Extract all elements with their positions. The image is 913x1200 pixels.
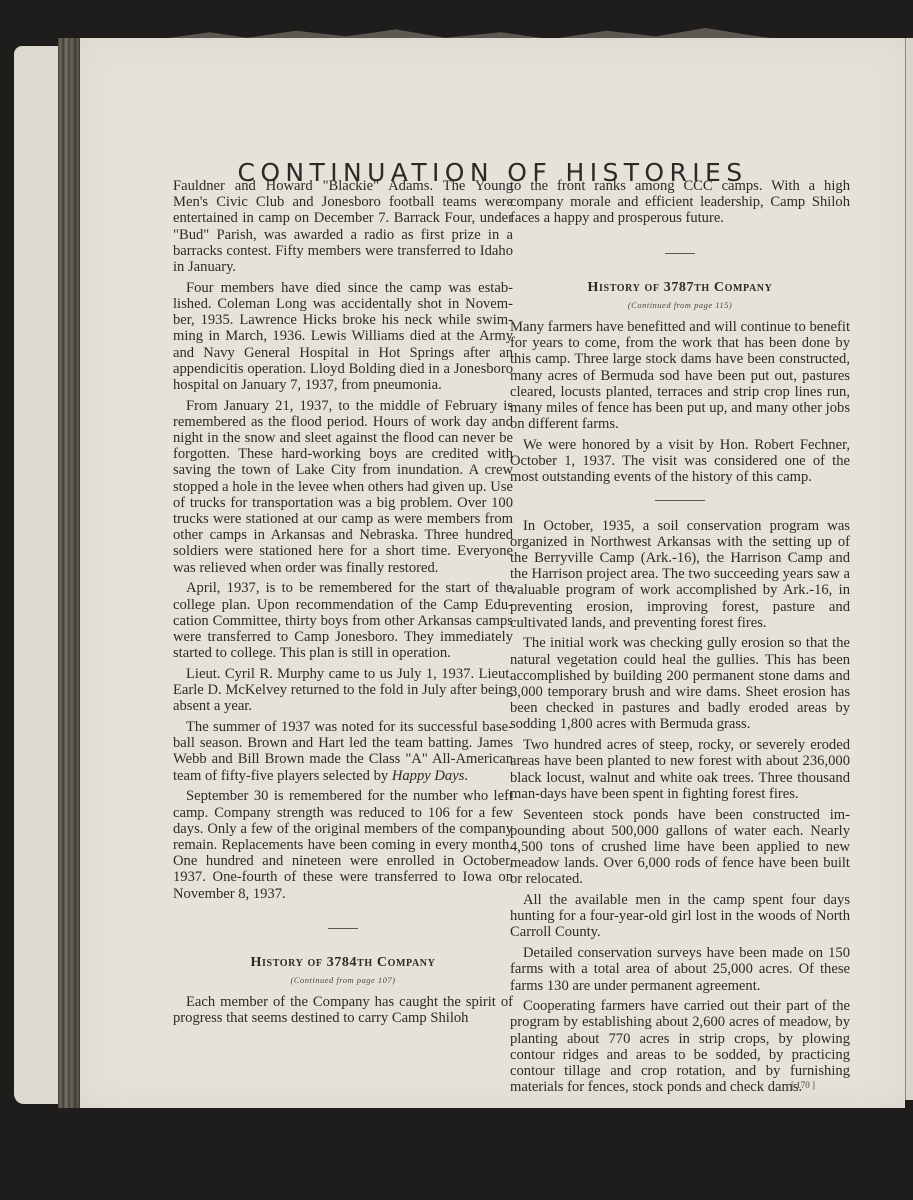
next-page-edge [905, 38, 913, 1100]
page-stack-edge [58, 38, 80, 1108]
section-heading-3784: History of 3784th Company [173, 955, 513, 971]
paragraph: The initial work was checking gully eros… [510, 635, 850, 732]
paragraph: to the front ranks among CCC camps. With… [510, 178, 850, 227]
publication-title: Happy Days [392, 768, 465, 784]
paragraph: Two hundred acres of steep, rocky, or se… [510, 737, 850, 802]
right-column: to the front ranks among CCC camps. With… [510, 178, 850, 1100]
paragraph: Lieut. Cyril R. Murphy came to us July 1… [173, 666, 513, 715]
page-number: [ 170 ] [791, 1080, 815, 1090]
section-divider [665, 253, 695, 254]
paragraph: Four members have died since the camp wa… [173, 280, 513, 393]
section-continued-note: (Continued from page 115) [510, 297, 850, 313]
paragraph: In October, 1935, a soil conservation pr… [510, 518, 850, 631]
book-page: CONTINUATION OF HISTORIES Fauldner and H… [80, 38, 905, 1108]
section-heading-3787: History of 3787th Company [510, 280, 850, 296]
paragraph: Seventeen stock ponds have been construc… [510, 807, 850, 888]
paragraph: Each member of the Company has caught th… [173, 994, 513, 1026]
paragraph: Detailed conservation surveys have been … [510, 945, 850, 994]
paragraph: All the available men in the camp spent … [510, 892, 850, 941]
paragraph: September 30 is remembered for the numbe… [173, 788, 513, 901]
subsection-divider [655, 500, 705, 501]
paragraph: Many farmers have benefitted and will co… [510, 319, 850, 432]
scanned-book-spread: CONTINUATION OF HISTORIES Fauldner and H… [0, 0, 913, 1200]
paragraph: From January 21, 1937, to the middle of … [173, 398, 513, 576]
paragraph: April, 1937, is to be remembered for the… [173, 580, 513, 661]
section-divider [328, 928, 358, 929]
left-column: Fauldner and Howard "Blackie" Adams. The… [173, 178, 513, 1031]
paragraph-with-italic: The summer of 1937 was noted for its suc… [173, 719, 513, 784]
paragraph-end: . [464, 768, 468, 784]
paragraph: We were honored by a visit by Hon. Rober… [510, 437, 850, 486]
paragraph: Fauldner and Howard "Blackie" Adams. The… [173, 178, 513, 275]
section-continued-note: (Continued from page 107) [173, 972, 513, 988]
